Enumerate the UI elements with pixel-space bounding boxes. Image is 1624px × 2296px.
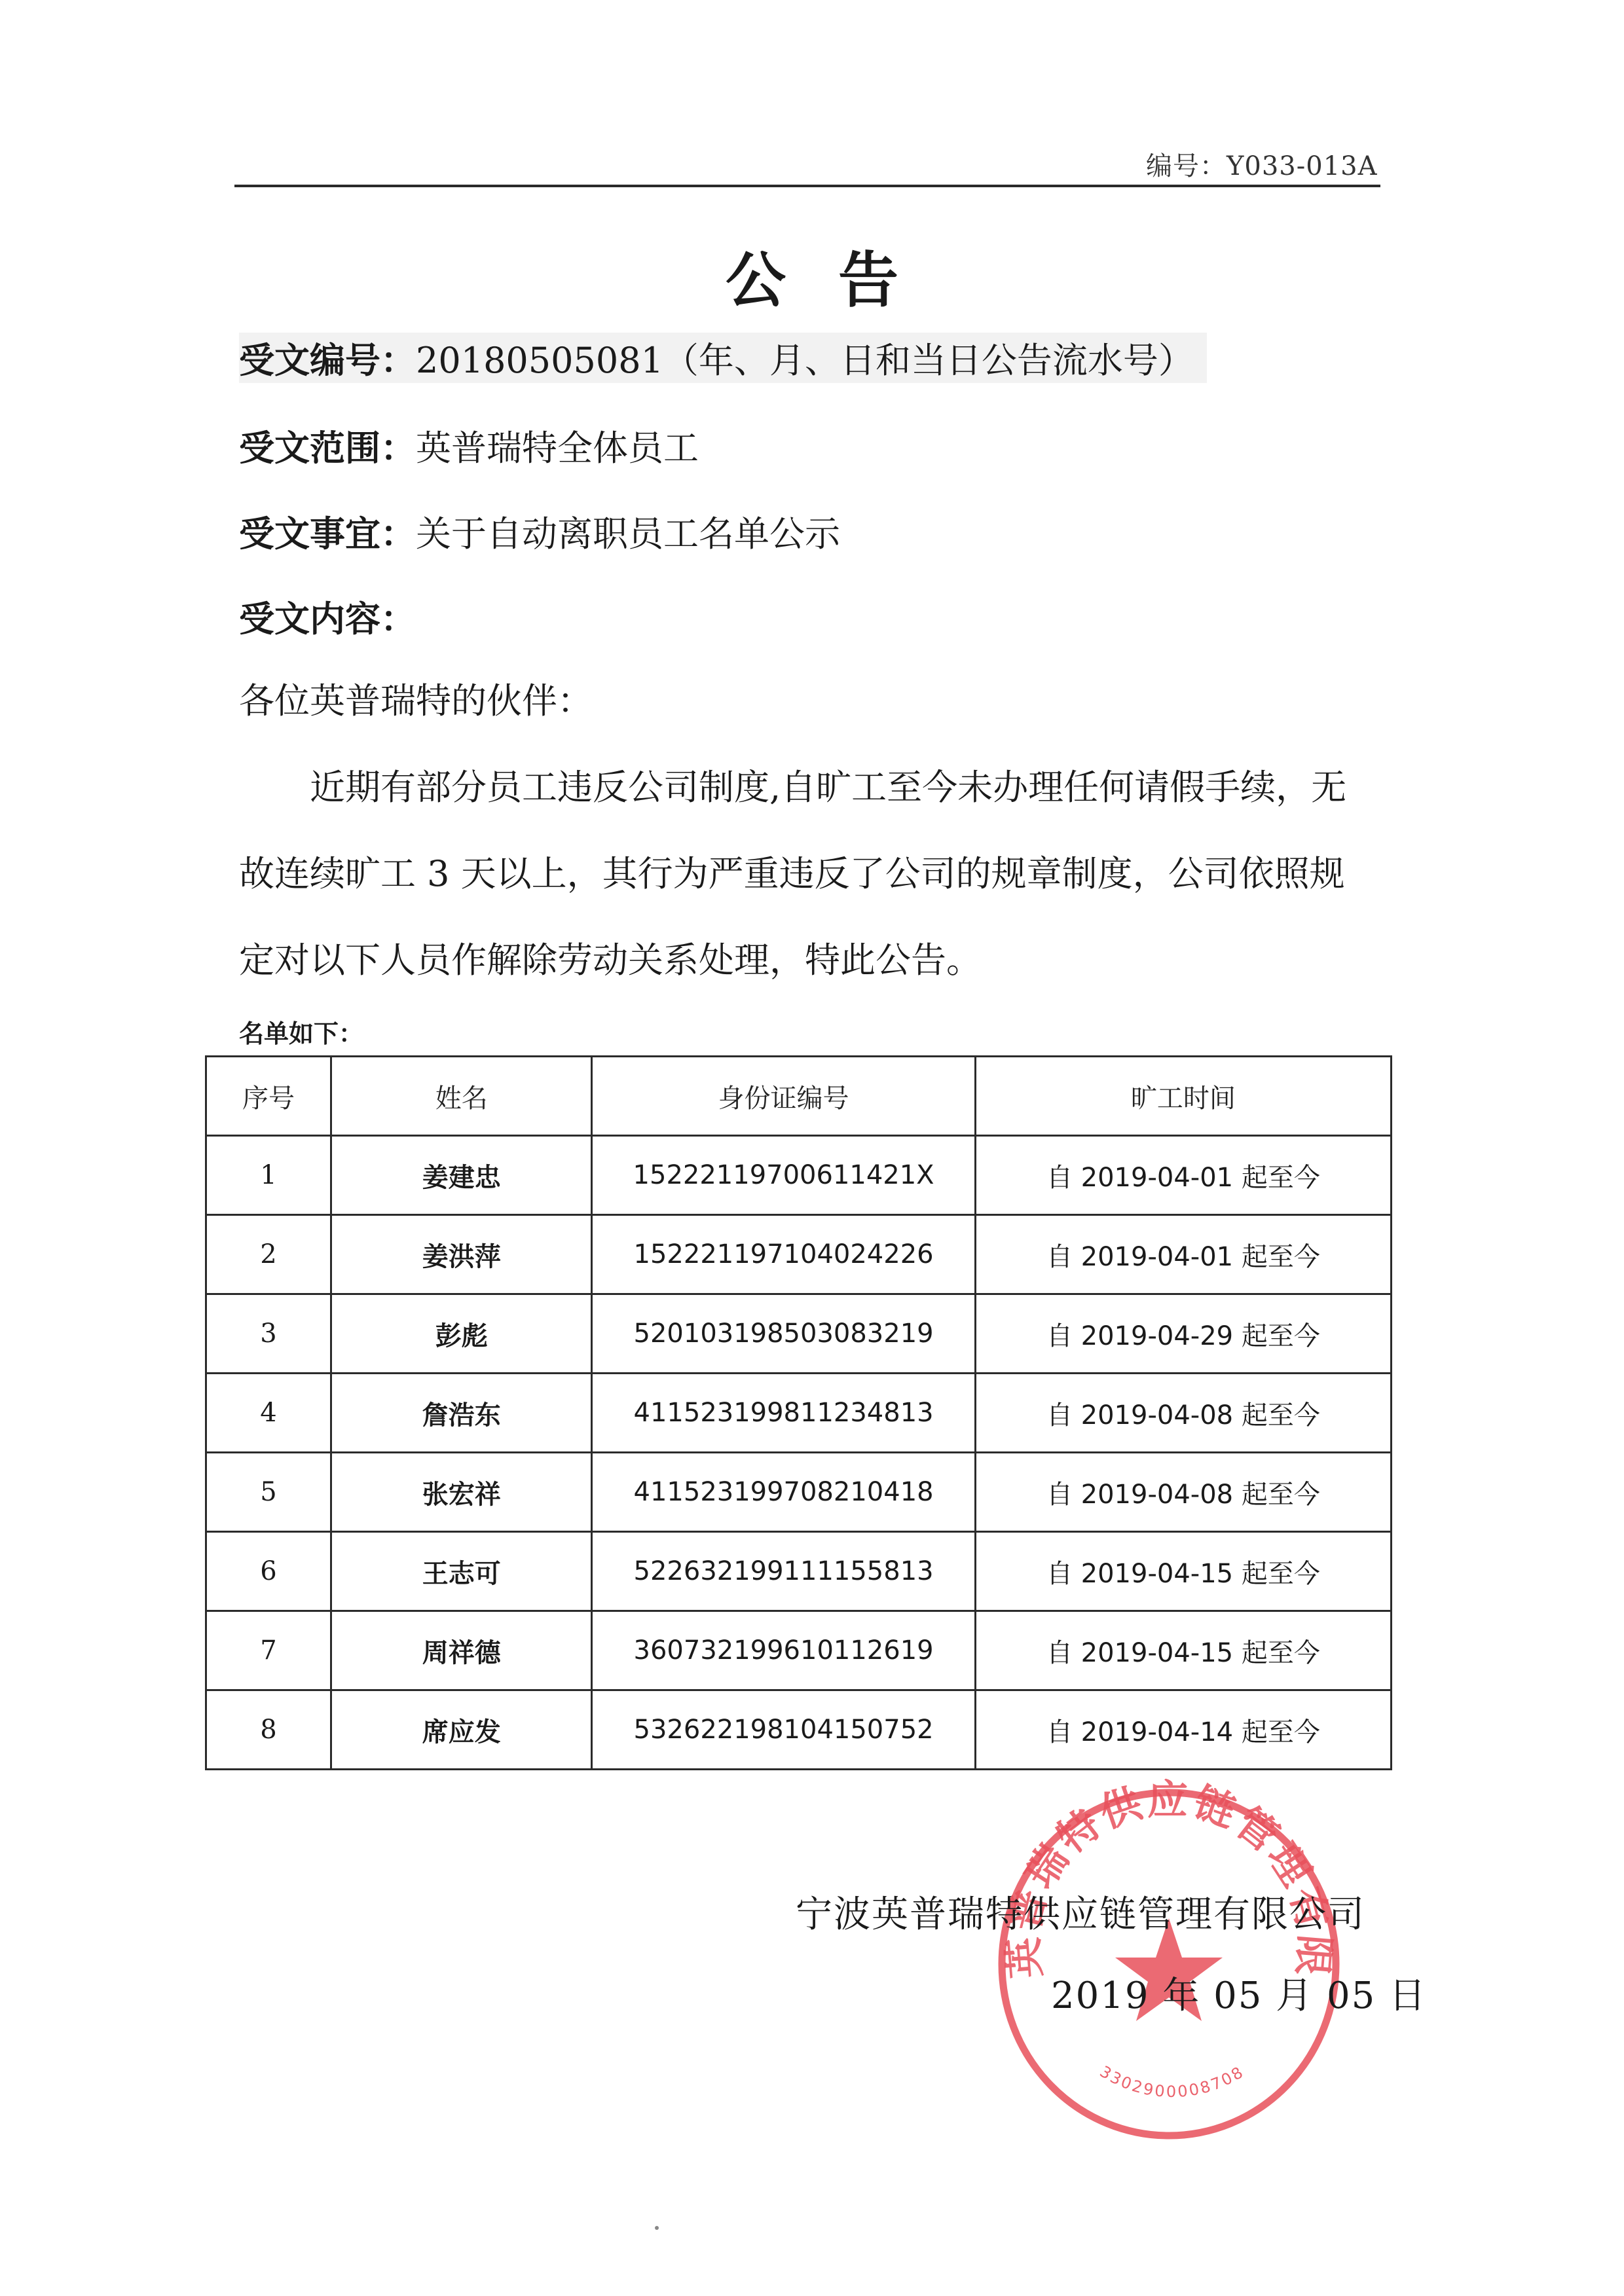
field-subject: 受文事宜：关于自动离职员工名单公示: [239, 506, 840, 556]
cell-seq: 4: [206, 1374, 331, 1453]
cell-absence: 自 2019-04-15 起至今: [975, 1532, 1391, 1611]
cell-absence: 自 2019-04-29 起至今: [975, 1294, 1391, 1374]
cell-name: 姜建忠: [331, 1136, 592, 1215]
body-paragraph: 近期有部分员工违反公司制度,自旷工至今未办理任何请假手续，无故连续旷工 3 天以…: [239, 744, 1378, 1004]
field-document-number: 受文编号：20180505081（年、月、日和当日公告流水号）: [239, 333, 1207, 383]
cell-absence: 自 2019-04-15 起至今: [975, 1611, 1391, 1690]
cell-name: 彭彪: [331, 1294, 592, 1374]
cell-seq: 1: [206, 1136, 331, 1215]
header-divider: [234, 185, 1380, 187]
page-title: 公告: [0, 232, 1624, 319]
cell-id: 152221197104024226: [592, 1215, 975, 1294]
cell-id: 411523199811234813: [592, 1374, 975, 1453]
cell-id: 411523199708210418: [592, 1453, 975, 1532]
cell-id: 520103198503083219: [592, 1294, 975, 1374]
cell-name: 席应发: [331, 1690, 592, 1770]
field-value: 关于自动离职员工名单公示: [416, 513, 840, 555]
svg-text:3302900008708: 3302900008708: [1097, 2062, 1248, 2101]
cell-absence: 自 2019-04-08 起至今: [975, 1453, 1391, 1532]
table-row: 3 彭彪 520103198503083219 自 2019-04-29 起至今: [206, 1294, 1392, 1374]
cell-name: 姜洪萍: [331, 1215, 592, 1294]
cell-id: 522632199111155813: [592, 1532, 975, 1611]
scan-speck: [655, 2226, 659, 2230]
cell-id: 532622198104150752: [592, 1690, 975, 1770]
header-seq: 序号: [206, 1057, 331, 1136]
field-label: 受文内容：: [239, 598, 416, 640]
header-name: 姓名: [331, 1057, 592, 1136]
cell-seq: 3: [206, 1294, 331, 1374]
list-label: 名单如下：: [239, 1013, 363, 1049]
cell-id: 15222119700611421X: [592, 1136, 975, 1215]
table-header-row: 序号 姓名 身份证编号 旷工时间: [206, 1057, 1392, 1136]
cell-name: 张宏祥: [331, 1453, 592, 1532]
table-row: 6 王志可 522632199111155813 自 2019-04-15 起至…: [206, 1532, 1392, 1611]
table-row: 2 姜洪萍 152221197104024226 自 2019-04-01 起至…: [206, 1215, 1392, 1294]
greeting: 各位英普瑞特的伙伴：: [239, 658, 1378, 744]
cell-name: 詹浩东: [331, 1374, 592, 1453]
table-row: 8 席应发 532622198104150752 自 2019-04-14 起至…: [206, 1690, 1392, 1770]
document-number-value: Y033-013A: [1227, 151, 1378, 181]
cell-absence: 自 2019-04-14 起至今: [975, 1690, 1391, 1770]
table-row: 7 周祥德 360732199610112619 自 2019-04-15 起至…: [206, 1611, 1392, 1690]
document-number: 编号：Y033-013A: [1146, 145, 1378, 183]
seal-code: 3302900008708: [1097, 2062, 1248, 2101]
field-content: 受文内容：: [239, 591, 416, 642]
field-value: 20180505081（年、月、日和当日公告流水号）: [416, 340, 1194, 381]
field-label: 受文事宜：: [239, 513, 416, 555]
signature-company: 宁波英普瑞特供应链管理有限公司: [796, 1886, 1365, 1938]
cell-seq: 5: [206, 1453, 331, 1532]
table-row: 1 姜建忠 15222119700611421X 自 2019-04-01 起至…: [206, 1136, 1392, 1215]
cell-name: 王志可: [331, 1532, 592, 1611]
table-row: 4 詹浩东 411523199811234813 自 2019-04-08 起至…: [206, 1374, 1392, 1453]
cell-seq: 7: [206, 1611, 331, 1690]
field-value: 英普瑞特全体员工: [416, 428, 699, 469]
cell-absence: 自 2019-04-01 起至今: [975, 1215, 1391, 1294]
body-text: 各位英普瑞特的伙伴： 近期有部分员工违反公司制度,自旷工至今未办理任何请假手续，…: [239, 658, 1378, 1004]
field-label: 受文范围：: [239, 428, 416, 469]
document-number-label: 编号：: [1146, 151, 1227, 181]
absent-employees-table: 序号 姓名 身份证编号 旷工时间 1 姜建忠 15222119700611421…: [205, 1055, 1392, 1770]
cell-seq: 6: [206, 1532, 331, 1611]
header-id: 身份证编号: [592, 1057, 975, 1136]
cell-seq: 8: [206, 1690, 331, 1770]
cell-name: 周祥德: [331, 1611, 592, 1690]
company-seal-icon: 宁波英普瑞特供应链管理有限公司 3302900008708: [986, 1777, 1352, 2144]
field-scope: 受文范围：英普瑞特全体员工: [239, 420, 699, 471]
cell-id: 360732199610112619: [592, 1611, 975, 1690]
cell-absence: 自 2019-04-01 起至今: [975, 1136, 1391, 1215]
table-row: 5 张宏祥 411523199708210418 自 2019-04-08 起至…: [206, 1453, 1392, 1532]
field-label: 受文编号：: [239, 340, 416, 381]
signature-date: 2019 年 05 月 05 日: [1051, 1967, 1427, 2019]
cell-seq: 2: [206, 1215, 331, 1294]
cell-absence: 自 2019-04-08 起至今: [975, 1374, 1391, 1453]
header-absence: 旷工时间: [975, 1057, 1391, 1136]
